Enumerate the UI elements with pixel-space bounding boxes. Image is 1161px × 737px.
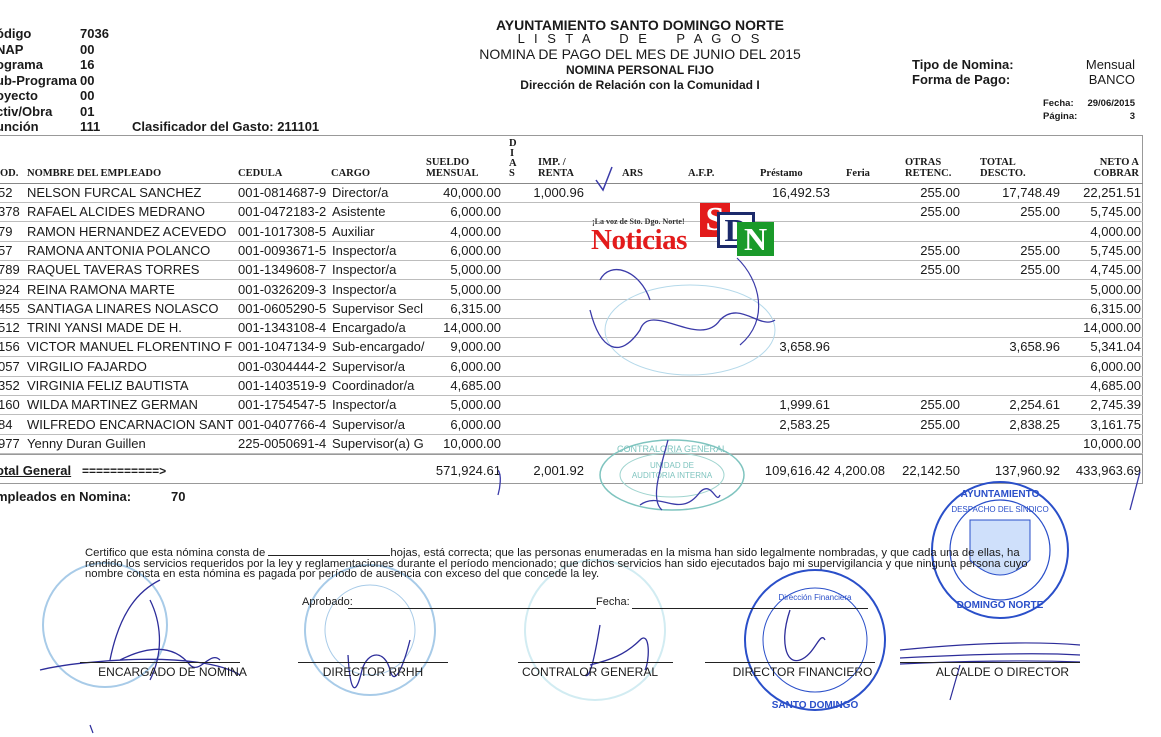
cell-nombre: NELSON FURCAL SANCHEZ <box>27 184 235 202</box>
total-feria: 4,200.08 <box>834 462 885 480</box>
cell-nombre: VIRGILIO FAJARDO <box>27 358 235 376</box>
cell-neto: 5,000.00 <box>1090 281 1141 299</box>
table-right-border <box>1142 135 1143 484</box>
cell-sueldo: 5,000.00 <box>450 281 501 299</box>
col-total-1: TOTAL <box>980 157 1016 168</box>
cell-neto: 3,161.75 <box>1090 416 1141 434</box>
svg-text:DESPACHO DEL SINDICO: DESPACHO DEL SINDICO <box>951 505 1048 514</box>
approval-fecha-label: Fecha: <box>596 596 630 608</box>
total-renta: 2,001.92 <box>533 462 584 480</box>
signature-icon <box>785 610 825 661</box>
cell-sueldo: 5,000.00 <box>450 396 501 414</box>
cell-sueldo: 5,000.00 <box>450 261 501 279</box>
cell-total: 17,748.49 <box>1002 184 1060 202</box>
total-general-label: otal General <box>0 462 71 480</box>
meta-value: 111 <box>80 119 100 135</box>
meta-value: 01 <box>80 104 94 120</box>
cell-cargo: Inspector/a <box>332 281 425 299</box>
svg-text:DOMINGO NORTE: DOMINGO NORTE <box>957 600 1044 611</box>
cell-total: 255.00 <box>1020 261 1060 279</box>
cell-neto: 5,745.00 <box>1090 242 1141 260</box>
cell-cedula: 225-0050691-4 <box>238 435 326 453</box>
signature-line-alcalde <box>900 662 1080 663</box>
cell-total: 2,838.25 <box>1009 416 1060 434</box>
cell-nombre: WILFREDO ENCARNACION SANT <box>27 416 235 434</box>
faint-stamp-icon <box>525 560 665 700</box>
cell-neto: 4,000.00 <box>1090 223 1141 241</box>
list-title: L I S T A D E P A G O S <box>440 31 840 46</box>
cell-nombre: RAMONA ANTONIA POLANCO <box>27 242 235 260</box>
cell-prestamo: 1,999.61 <box>779 396 830 414</box>
total-sueldo: 571,924.61 <box>436 462 501 480</box>
meta-label: ub-Programa <box>0 73 77 88</box>
col-cod: OD. <box>0 168 18 179</box>
cell-nombre: RAMON HERNANDEZ ACEVEDO <box>27 223 235 241</box>
cell-cargo: Supervisor(a) G <box>332 435 425 453</box>
employees-count: 70 <box>171 488 185 506</box>
totals-divider-bottom <box>0 483 1143 484</box>
forma-pago-value: BANCO <box>1089 72 1135 87</box>
svg-text:UNIDAD DE: UNIDAD DE <box>650 461 694 470</box>
cell-cod: 924 <box>0 281 20 299</box>
cell-otras: 255.00 <box>920 261 960 279</box>
col-feria: Feria <box>846 168 870 179</box>
cell-sueldo: 6,000.00 <box>450 358 501 376</box>
cell-neto: 4,745.00 <box>1090 261 1141 279</box>
certification-text: Certifico que esta nómina consta de hoja… <box>85 546 1085 580</box>
approval-fecha-line[interactable] <box>632 608 868 609</box>
cell-sueldo: 4,000.00 <box>450 223 501 241</box>
table-header-divider <box>0 183 1143 184</box>
cell-cod: 455 <box>0 300 20 318</box>
col-otras-2: RETENC. <box>905 168 951 179</box>
col-afp: A.F.P. <box>688 168 714 179</box>
cell-cedula: 001-0093671-5 <box>238 242 326 260</box>
cell-prestamo: 3,658.96 <box>779 338 830 356</box>
signature-line-nomina <box>80 662 240 663</box>
col-cedula: CEDULA <box>238 168 282 179</box>
col-dias-s: S <box>509 168 515 179</box>
cell-cedula: 001-0605290-5 <box>238 300 326 318</box>
cell-nombre: SANTIAGA LINARES NOLASCO <box>27 300 235 318</box>
cell-total: 255.00 <box>1020 242 1060 260</box>
cell-total: 255.00 <box>1020 203 1060 221</box>
svg-text:AYUNTAMIENTO: AYUNTAMIENTO <box>961 489 1040 500</box>
signature-label-alcalde: ALCALDE O DIRECTOR <box>920 665 1085 679</box>
cell-cargo: Coordinador/a <box>332 377 425 395</box>
cell-cedula: 001-1017308-5 <box>238 223 326 241</box>
aprobado-line[interactable] <box>348 608 596 609</box>
cell-otras: 255.00 <box>920 242 960 260</box>
meta-label: ograma <box>0 57 43 72</box>
contraloria-stamp-icon <box>600 440 744 510</box>
cell-cedula: 001-0304444-2 <box>238 358 326 376</box>
cell-total: 2,254.61 <box>1009 396 1060 414</box>
meta-value: 00 <box>80 88 94 104</box>
col-sueldo-1: SUELDO <box>426 157 469 168</box>
cert-line3: nombre consta en esta nómina es pagada p… <box>85 569 1085 580</box>
cell-renta: 1,000.96 <box>533 184 584 202</box>
pagina-value: 3 <box>1130 111 1135 122</box>
cell-cedula: 001-0472183-2 <box>238 203 326 221</box>
aprobado-label: Aprobado: <box>302 596 353 608</box>
signature-icon <box>348 640 410 688</box>
cell-cedula: 001-0407766-4 <box>238 416 326 434</box>
cell-cedula: 001-1403519-9 <box>238 377 326 395</box>
cell-cod: 57 <box>0 242 12 260</box>
meta-label: ódigo <box>0 26 31 41</box>
cell-otras: 255.00 <box>920 184 960 202</box>
signature-label-contralor: CONTRALOR GENERAL <box>505 665 675 679</box>
signature-line-financiero <box>705 662 875 663</box>
cell-cod: 789 <box>0 261 20 279</box>
cell-cargo: Supervisor Secl <box>332 300 425 318</box>
cell-sueldo: 6,000.00 <box>450 242 501 260</box>
col-total-2: DESCTO. <box>980 168 1026 179</box>
cell-nombre: WILDA MARTINEZ GERMAN <box>27 396 235 414</box>
cell-cedula: 001-1754547-5 <box>238 396 326 414</box>
totals-divider-top <box>0 454 1143 455</box>
cell-otras: 255.00 <box>920 203 960 221</box>
cell-nombre: RAFAEL ALCIDES MEDRANO <box>27 203 235 221</box>
col-ars: ARS <box>622 168 643 179</box>
cell-cargo: Inspector/a <box>332 396 425 414</box>
cell-neto: 22,251.51 <box>1083 184 1141 202</box>
cell-neto: 4,685.00 <box>1090 377 1141 395</box>
cell-cargo: Asistente <box>332 203 425 221</box>
cell-neto: 5,745.00 <box>1090 203 1141 221</box>
cell-cargo: Auxiliar <box>332 223 425 241</box>
logo-letter-n: N <box>737 222 774 256</box>
col-prestamo: Préstamo <box>760 168 803 179</box>
total-descto: 137,960.92 <box>995 462 1060 480</box>
cell-nombre: VICTOR MANUEL FLORENTINO F <box>27 338 235 356</box>
col-nombre: NOMBRE DEL EMPLEADO <box>27 168 161 179</box>
cell-cargo: Inspector/a <box>332 242 425 260</box>
header-divider <box>0 135 1143 136</box>
cell-cedula: 001-0814687-9 <box>238 184 326 202</box>
total-arrow: ===========> <box>82 462 166 480</box>
cell-cargo: Supervisor/a <box>332 416 425 434</box>
cell-cedula: 001-0326209-3 <box>238 281 326 299</box>
meta-label: unción <box>0 119 39 134</box>
cell-nombre: TRINI YANSI MADE DE H. <box>27 319 235 337</box>
cell-prestamo: 2,583.25 <box>779 416 830 434</box>
meta-value: 00 <box>80 73 94 89</box>
cell-neto: 14,000.00 <box>1083 319 1141 337</box>
cell-nombre: VIRGINIA FELIZ BAUTISTA <box>27 377 235 395</box>
tipo-nomina-label: Tipo de Nomina: <box>912 57 1014 72</box>
cell-cedula: 001-1047134-9 <box>238 338 326 356</box>
tipo-nomina-value: Mensual <box>1086 57 1135 72</box>
svg-text:SANTO DOMINGO: SANTO DOMINGO <box>772 700 859 711</box>
cell-sueldo: 6,315.00 <box>450 300 501 318</box>
cell-neto: 10,000.00 <box>1083 435 1141 453</box>
cell-cargo: Encargado/a <box>332 319 425 337</box>
total-prestamo: 109,616.42 <box>765 462 830 480</box>
employees-label: mpleados en Nomina: <box>0 488 131 506</box>
cell-sueldo: 6,000.00 <box>450 203 501 221</box>
department-title: Dirección de Relación con la Comunidad I <box>440 78 840 92</box>
cell-cod: 512 <box>0 319 20 337</box>
svg-text:AUDITORIA INTERNA: AUDITORIA INTERNA <box>632 471 713 480</box>
meta-label: ctiv/Obra <box>0 104 52 119</box>
col-otras-1: OTRAS <box>905 157 941 168</box>
col-sueldo-2: MENSUAL <box>426 168 479 179</box>
cell-sueldo: 6,000.00 <box>450 416 501 434</box>
col-cargo: CARGO <box>331 168 370 179</box>
cell-cargo: Sub-encargado/ <box>332 338 425 356</box>
meta-value: 16 <box>80 57 94 73</box>
fecha-value: 29/06/2015 <box>1087 98 1135 109</box>
meta-label: oyecto <box>0 88 38 103</box>
cell-cod: 352 <box>0 377 20 395</box>
cell-sueldo: 9,000.00 <box>450 338 501 356</box>
cell-sueldo: 14,000.00 <box>443 319 501 337</box>
cell-sueldo: 4,685.00 <box>450 377 501 395</box>
cell-cod: 160 <box>0 396 20 414</box>
signature-line-rrhh <box>298 662 448 663</box>
total-otras: 22,142.50 <box>902 462 960 480</box>
cell-neto: 5,341.04 <box>1090 338 1141 356</box>
cell-prestamo: 16,492.53 <box>772 184 830 202</box>
cell-cod: 84 <box>0 416 12 434</box>
cell-neto: 6,315.00 <box>1090 300 1141 318</box>
cell-nombre: RAQUEL TAVERAS TORRES <box>27 261 235 279</box>
fecha-label: Fecha: <box>1043 98 1074 109</box>
col-renta-2: RENTA <box>538 168 574 179</box>
cell-otras: 255.00 <box>920 416 960 434</box>
meta-value: 00 <box>80 42 94 58</box>
cell-sueldo: 40,000.00 <box>443 184 501 202</box>
cell-cod: 057 <box>0 358 20 376</box>
hojas-blank-field[interactable] <box>268 546 390 556</box>
cell-cod: 52 <box>0 184 12 202</box>
cell-cod: 378 <box>0 203 20 221</box>
pagina-label: Página: <box>1043 111 1077 122</box>
cell-cargo: Director/a <box>332 184 425 202</box>
clasificador-gasto: Clasificador del Gasto: 211101 <box>132 119 319 135</box>
col-neto-1: NETO A <box>1100 157 1139 168</box>
cell-cargo: Inspector/a <box>332 261 425 279</box>
col-renta-1: IMP. / <box>538 157 566 168</box>
col-neto-2: COBRAR <box>1093 168 1139 179</box>
signature-icon <box>590 270 775 348</box>
total-neto: 433,963.69 <box>1076 462 1141 480</box>
checkmark-icon <box>596 167 612 190</box>
cell-nombre: Yenny Duran Guillen <box>27 435 235 453</box>
signature-label-nomina: ENCARGADO DE NOMINA <box>80 665 265 679</box>
meta-block: ódigo7036 NAP00 ograma16 ub-Programa00 o… <box>0 26 360 136</box>
financiera-stamp-icon <box>745 570 885 710</box>
cell-cod: 79 <box>0 223 12 241</box>
cell-cedula: 001-1349608-7 <box>238 261 326 279</box>
nomina-type: NOMINA PERSONAL FIJO <box>440 63 840 77</box>
cell-otras: 255.00 <box>920 396 960 414</box>
cell-cargo: Supervisor/a <box>332 358 425 376</box>
cell-total: 3,658.96 <box>1009 338 1060 356</box>
svg-text:Dirección Financiera: Dirección Financiera <box>779 593 852 602</box>
period-title: NOMINA DE PAGO DEL MES DE JUNIO DEL 2015 <box>440 46 840 62</box>
cell-sueldo: 10,000.00 <box>443 435 501 453</box>
cell-neto: 6,000.00 <box>1090 358 1141 376</box>
signature-line-contralor <box>518 662 673 663</box>
forma-pago-label: Forma de Pago: <box>912 72 1010 87</box>
signature-label-financiero: DIRECTOR FINANCIERO <box>720 665 885 679</box>
cell-cod: 156 <box>0 338 20 356</box>
cell-cedula: 001-1343108-4 <box>238 319 326 337</box>
meta-value: 7036 <box>80 26 109 42</box>
watermark-brand: Noticias <box>591 224 687 257</box>
meta-label: NAP <box>0 42 23 57</box>
cell-neto: 2,745.39 <box>1090 396 1141 414</box>
cell-nombre: REINA RAMONA MARTE <box>27 281 235 299</box>
signature-label-rrhh: DIRECTOR RRHH <box>298 665 448 679</box>
cell-cod: 977 <box>0 435 20 453</box>
